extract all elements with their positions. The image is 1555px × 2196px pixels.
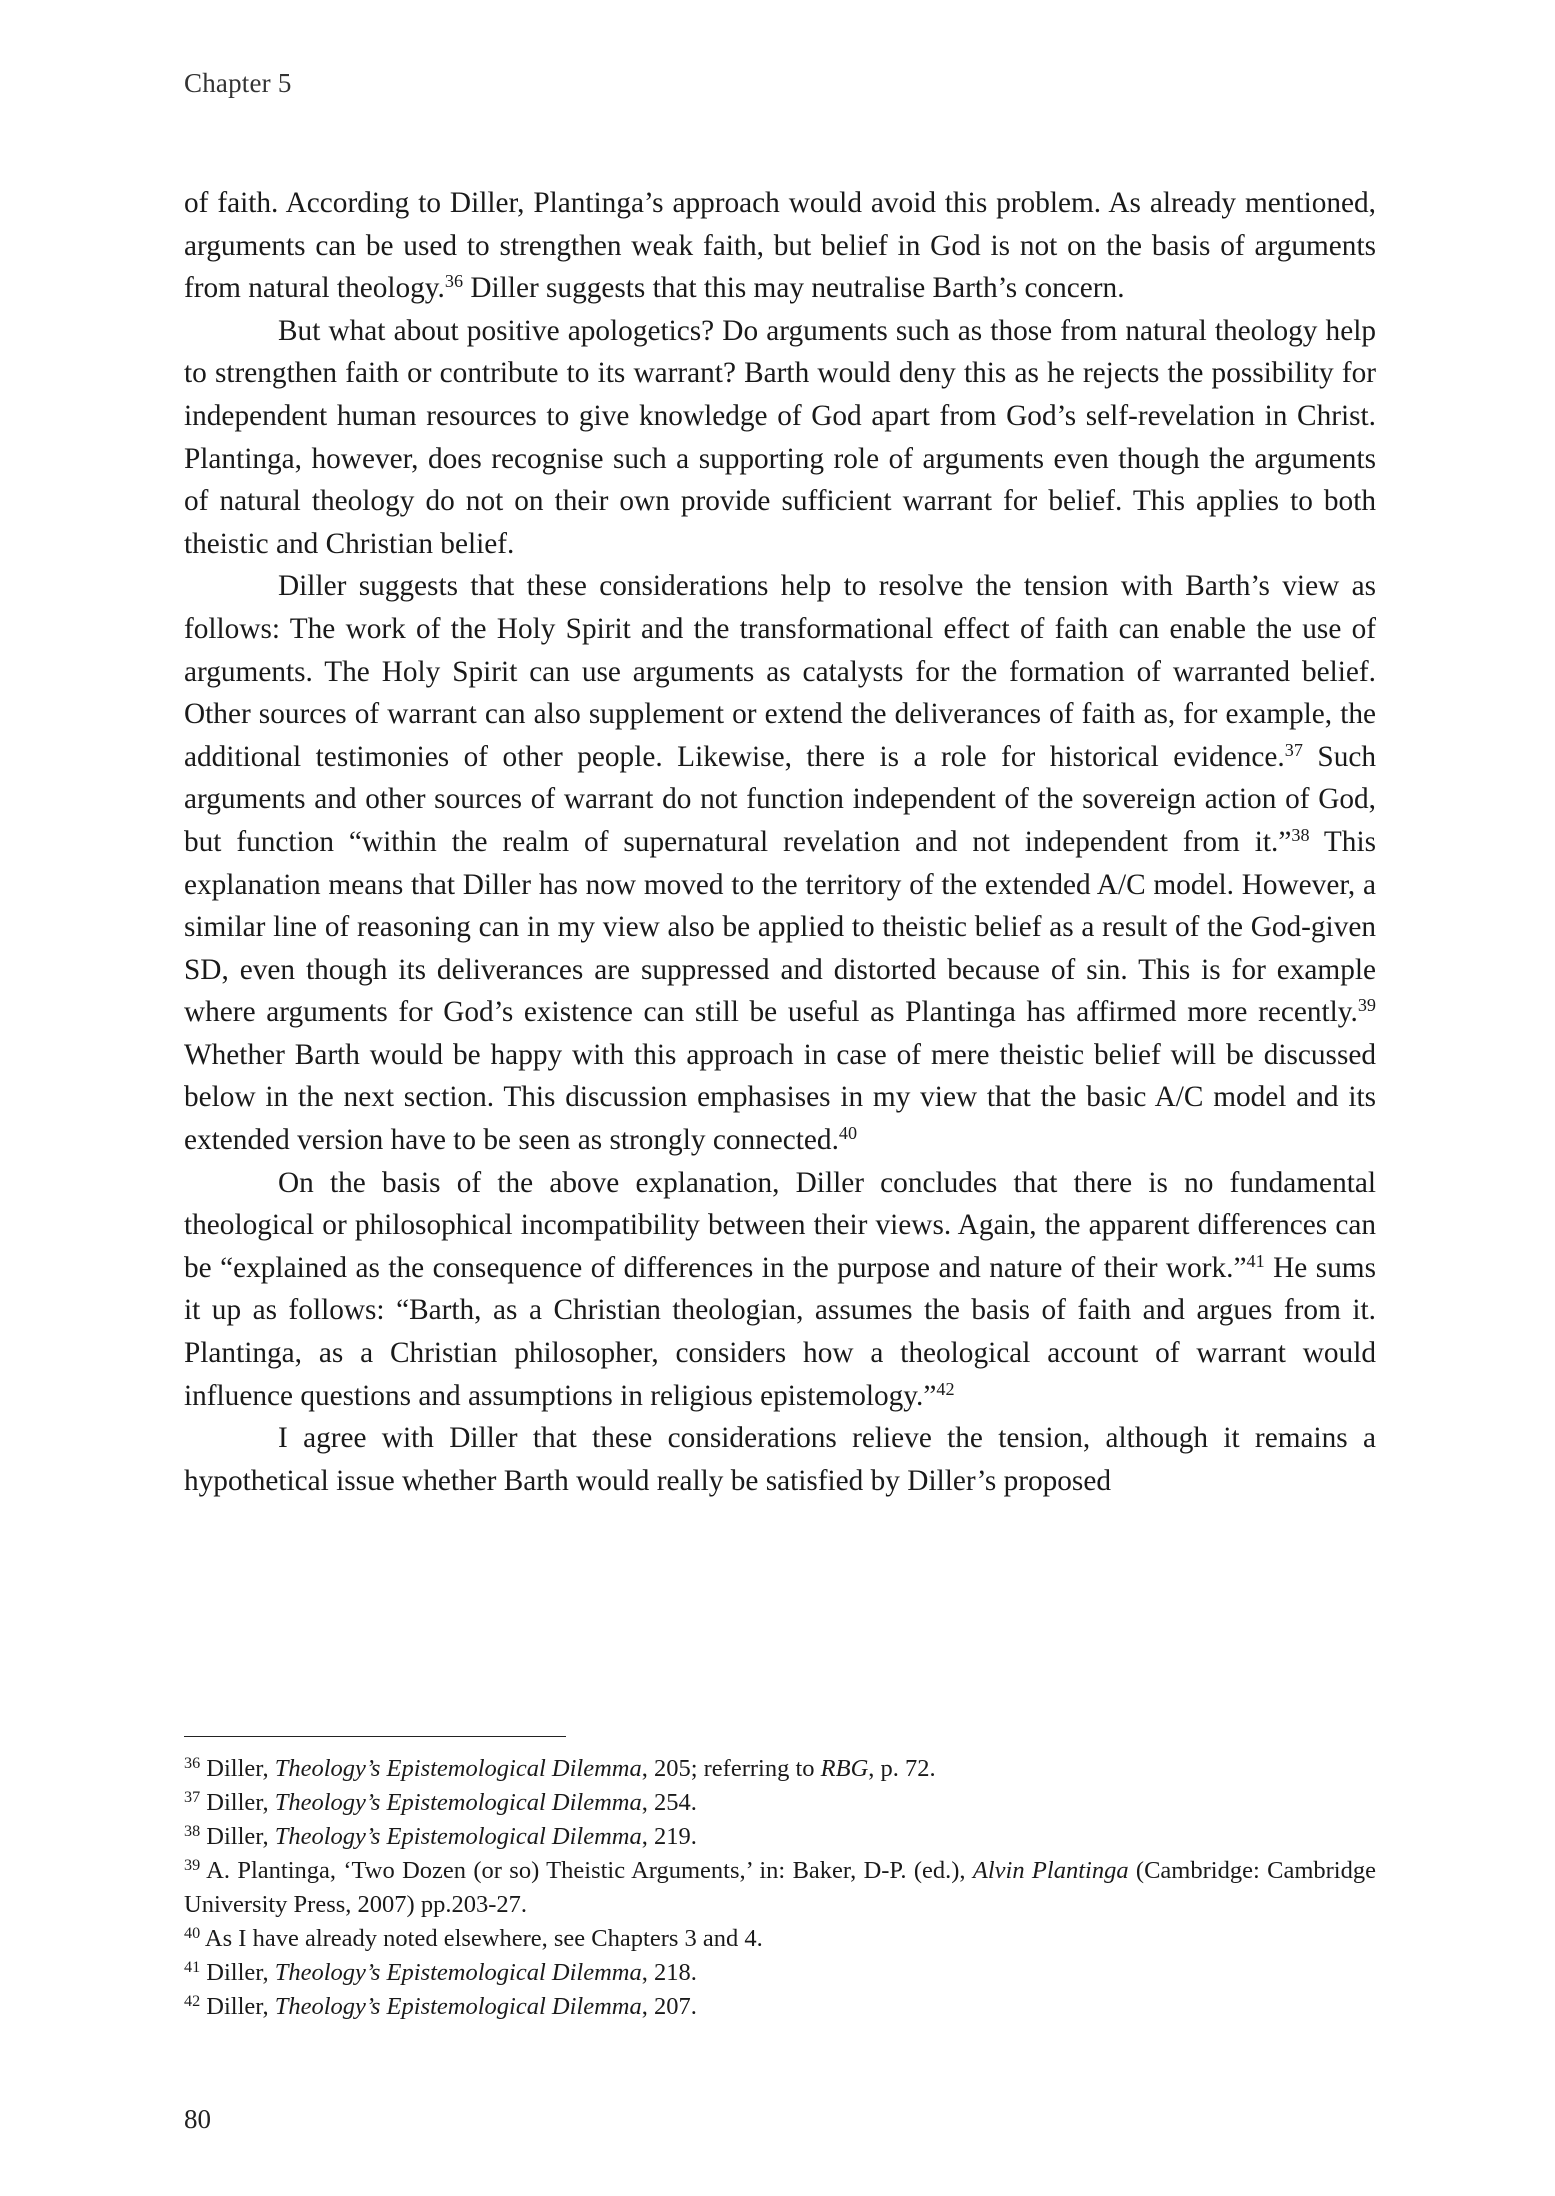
text-run: Diller,: [200, 1789, 275, 1816]
footnote: 37 Diller, Theology’s Epistemological Di…: [184, 1786, 1376, 1820]
footnote-reference: 41: [1246, 1251, 1264, 1271]
footnote-number: 41: [184, 1959, 200, 1976]
text-run: Diller,: [200, 1959, 275, 1986]
footnote: 42 Diller, Theology’s Epistemological Di…: [184, 1990, 1376, 2024]
paragraph: of faith. According to Diller, Plantinga…: [184, 182, 1376, 310]
footnote-reference: 40: [839, 1123, 857, 1143]
footnote: 41 Diller, Theology’s Epistemological Di…: [184, 1956, 1376, 1990]
text-run: , 207.: [642, 1993, 697, 2020]
text-run: Diller,: [200, 1823, 275, 1850]
paragraph: Diller suggests that these consideration…: [184, 565, 1376, 1161]
italic-title: Alvin Plantinga: [973, 1857, 1129, 1884]
footnote: 38 Diller, Theology’s Epistemological Di…: [184, 1820, 1376, 1854]
italic-title: Theology’s Epistemological Dilemma: [275, 1959, 642, 1986]
footnote-reference: 36: [445, 271, 463, 291]
italic-title: Theology’s Epistemological Dilemma: [275, 1823, 642, 1850]
text-run: As I have already noted elsewhere, see C…: [200, 1925, 763, 1952]
footnote-number: 36: [184, 1755, 200, 1772]
italic-title: RBG: [821, 1755, 869, 1782]
footnote: 36 Diller, Theology’s Epistemological Di…: [184, 1752, 1376, 1786]
paragraph: I agree with Diller that these considera…: [184, 1417, 1376, 1502]
footnote-reference: 37: [1285, 740, 1303, 760]
page-number: 80: [184, 2104, 211, 2135]
text-run: Whether Barth would be happy with this a…: [184, 1039, 1376, 1156]
footnote-reference: 38: [1291, 825, 1309, 845]
footnote-reference: 39: [1358, 995, 1376, 1015]
footnote-number: 38: [184, 1823, 200, 1840]
text-run: But what about positive apologetics? Do …: [184, 315, 1376, 560]
text-run: , 254.: [642, 1789, 697, 1816]
footnote: 40 As I have already noted elsewhere, se…: [184, 1922, 1376, 1956]
text-run: Diller,: [200, 1993, 275, 2020]
text-run: I agree with Diller that these considera…: [184, 1422, 1376, 1497]
footnote-number: 40: [184, 1925, 200, 1942]
italic-title: Theology’s Epistemological Dilemma: [275, 1789, 642, 1816]
footnotes: 36 Diller, Theology’s Epistemological Di…: [184, 1752, 1376, 2024]
paragraph: On the basis of the above explanation, D…: [184, 1162, 1376, 1418]
text-run: Diller suggests that this may neutralise…: [463, 272, 1124, 304]
paragraph: But what about positive apologetics? Do …: [184, 310, 1376, 566]
footnote-reference: 42: [936, 1379, 954, 1399]
body-text: of faith. According to Diller, Plantinga…: [184, 182, 1376, 1502]
text-run: , 205; referring to: [642, 1755, 821, 1782]
footnote: 39 A. Plantinga, ‘Two Dozen (or so) Thei…: [184, 1854, 1376, 1922]
text-run: A. Plantinga, ‘Two Dozen (or so) Theisti…: [200, 1857, 973, 1884]
footnote-number: 37: [184, 1789, 200, 1806]
text-run: , 219.: [642, 1823, 697, 1850]
footnote-number: 42: [184, 1993, 200, 2010]
italic-title: Theology’s Epistemological Dilemma: [275, 1755, 642, 1782]
footnote-separator: [184, 1736, 566, 1737]
text-run: Diller suggests that these consideration…: [184, 570, 1376, 772]
footnote-number: 39: [184, 1857, 200, 1874]
running-head: Chapter 5: [184, 68, 292, 99]
text-run: , 218.: [642, 1959, 697, 1986]
text-run: , p. 72.: [868, 1755, 935, 1782]
text-run: On the basis of the above explanation, D…: [184, 1167, 1376, 1284]
text-run: Diller,: [200, 1755, 275, 1782]
italic-title: Theology’s Epistemological Dilemma: [275, 1993, 642, 2020]
